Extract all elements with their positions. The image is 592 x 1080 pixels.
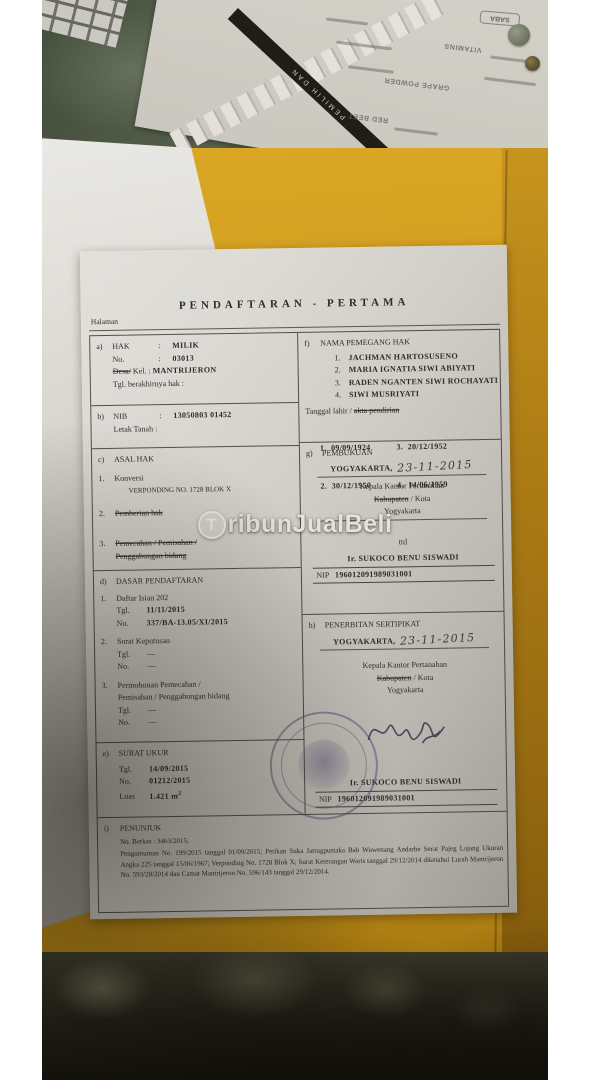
section-code: g)	[306, 448, 322, 461]
section-hak: a)HAK:MILIK No.:03013 Desa/ Kel. : MANTR…	[90, 333, 298, 406]
number-value: 01212/2015	[149, 776, 190, 786]
watermark: TribunJualBeli	[42, 510, 548, 539]
certificate-page: PENDAFTARAN - PERTAMA Halaman a)HAK:MILI…	[80, 245, 517, 920]
watermark-logo-icon: T	[198, 511, 226, 539]
watermark-text: ribunJualBeli	[228, 510, 393, 538]
field-label: Tgl.	[118, 704, 148, 717]
coin-icon	[525, 56, 540, 71]
photo-of-certificate: PEMILIH DAN SABA RED BEET GRAPE POWDER V…	[42, 0, 548, 1080]
empty-value: —	[148, 705, 156, 714]
section-title: PENUNJUK	[120, 823, 161, 833]
penunjuk-body: Pengumuman No. 199/2015 tanggal 01/09/20…	[120, 843, 503, 881]
struck-item: Pemecahan / Pemisahan /	[115, 538, 197, 548]
colon: :	[159, 410, 173, 423]
section-penunjuk: i)PENUNJUK No. Berkas : 3463/2015; Pengu…	[98, 811, 508, 912]
field-label: NIB	[113, 410, 159, 423]
kelurahan-value: MANTRIJERON	[153, 365, 217, 375]
handwritten-date: 23-11-2015	[397, 458, 473, 474]
field-label: No.	[118, 716, 148, 729]
city-label: YOGYAKARTA,	[330, 463, 392, 473]
section-title: DASAR PENDAFTARAN	[116, 575, 203, 585]
field-label: No.	[117, 617, 147, 630]
nip-value: 196012091989031001	[335, 569, 413, 579]
item-text: Permohonan Pemecahan /	[118, 679, 201, 689]
page-title: PENDAFTARAN - PERTAMA	[81, 295, 508, 314]
halaman-label: Halaman	[91, 317, 118, 326]
struck-item: Penggabungan bidang	[115, 548, 296, 563]
holder-name: MARIA IGNATIA SIWI ABIYATI	[349, 363, 476, 374]
item-text: Surat Keputusan	[117, 636, 170, 646]
section-title: SURAT UKUR	[119, 748, 169, 758]
struck-label: Kabupaten	[374, 494, 409, 504]
area-value: 1.421 m	[149, 791, 178, 800]
date-value: 11/11/2015	[146, 605, 185, 615]
empty-value: —	[148, 717, 156, 726]
field-label: HAK	[112, 340, 158, 353]
handwritten-date: 23-11-2015	[400, 631, 476, 647]
section-asal-hak: c)ASAL HAK 1.Konversi VERPONDING NO. 172…	[92, 446, 301, 571]
area-superscript: 2	[178, 790, 181, 796]
signature-icon	[364, 697, 457, 770]
coin-icon	[508, 24, 530, 46]
field-label: No.	[119, 775, 149, 788]
section-title: NAMA PEMEGANG HAK	[320, 337, 410, 347]
nib-value: 13050803 01452	[173, 410, 231, 420]
field-label: No.	[117, 660, 147, 673]
section-code: h)	[309, 620, 325, 633]
field-label: Letak Tanah :	[113, 421, 294, 436]
office-title: / Kota	[411, 493, 431, 502]
item-number: 4.	[335, 389, 349, 402]
section-pemegang-hak: f)NAMA PEMEGANG HAK 1.JACHMAN HARTOSUSEN…	[298, 330, 501, 443]
section-title: ASAL HAK	[114, 454, 154, 464]
number-value: 337/BA-13.05/XI/2015	[147, 617, 228, 627]
hak-value: MILIK	[172, 341, 199, 350]
holder-name: RADEN NGANTEN SIWI ROCHAYATI	[349, 375, 498, 386]
field-label: No.	[112, 353, 158, 366]
item-subtext: VERPONDING NO. 1728 BLOK X	[128, 482, 295, 497]
field-label: Tgl. berakhirnya hak :	[113, 376, 294, 391]
item-number: 3.	[335, 377, 349, 390]
section-title: PEMBUKUAN	[322, 448, 373, 458]
section-dasar-pendaftaran: d)DASAR PENDAFTARAN 1.Daftar Isian 202 T…	[94, 568, 304, 743]
struck-label: akta pendirian	[354, 405, 400, 415]
nip-label: NIP	[316, 570, 329, 579]
empty-value: —	[147, 649, 155, 658]
item-text: Daftar Isian 202	[116, 593, 168, 603]
colon: :	[158, 340, 172, 353]
city-label: YOGYAKARTA,	[333, 636, 395, 646]
field-label: Luas	[119, 791, 149, 804]
section-title: PENERBITAN SERTIPIKAT	[325, 619, 421, 629]
section-nib: b)NIB:13050803 01452 Letak Tanah :	[91, 403, 299, 449]
item-number: 3.	[102, 679, 118, 692]
holder-name: SIWI MUSRIYATI	[349, 389, 419, 399]
certificate-table: a)HAK:MILIK No.:03013 Desa/ Kel. : MANTR…	[89, 329, 509, 913]
item-number: 1.	[100, 592, 116, 605]
field-label: Kel. :	[133, 366, 151, 375]
date-value: 14/09/2015	[149, 763, 189, 773]
field-label: Tgl.	[117, 648, 147, 661]
item-number: 1.	[334, 352, 348, 365]
section-code: c)	[98, 454, 114, 467]
item-text: Konversi	[114, 473, 143, 482]
item-number: 2.	[335, 364, 349, 377]
item-number: 3.	[99, 538, 115, 551]
item-number: 1.	[98, 472, 114, 485]
dark-floor	[42, 952, 548, 1080]
field-label: Tanggal lahir /	[305, 406, 352, 416]
city-name: Yogyakarta	[310, 683, 501, 698]
hak-number: 03013	[172, 353, 194, 362]
section-code: b)	[97, 411, 113, 424]
struck-label: Kabupaten	[377, 673, 412, 683]
section-code: e)	[103, 748, 119, 761]
section-code: d)	[100, 576, 116, 589]
section-code: i)	[104, 823, 120, 836]
section-code: f)	[304, 338, 320, 351]
field-label: Tgl.	[119, 763, 149, 776]
signatory-block: Ir. SUKOCO BENU SISWADI NIP 196012091989…	[312, 551, 494, 584]
item-number: 2.	[101, 636, 117, 649]
empty-value: —	[147, 661, 155, 670]
holder-name: JACHMAN HARTOSUSENO	[348, 351, 458, 362]
section-code: a)	[96, 341, 112, 354]
field-label: Tgl.	[116, 604, 146, 617]
office-title: / Kota	[413, 672, 433, 681]
struck-label: Desa/	[113, 367, 131, 376]
